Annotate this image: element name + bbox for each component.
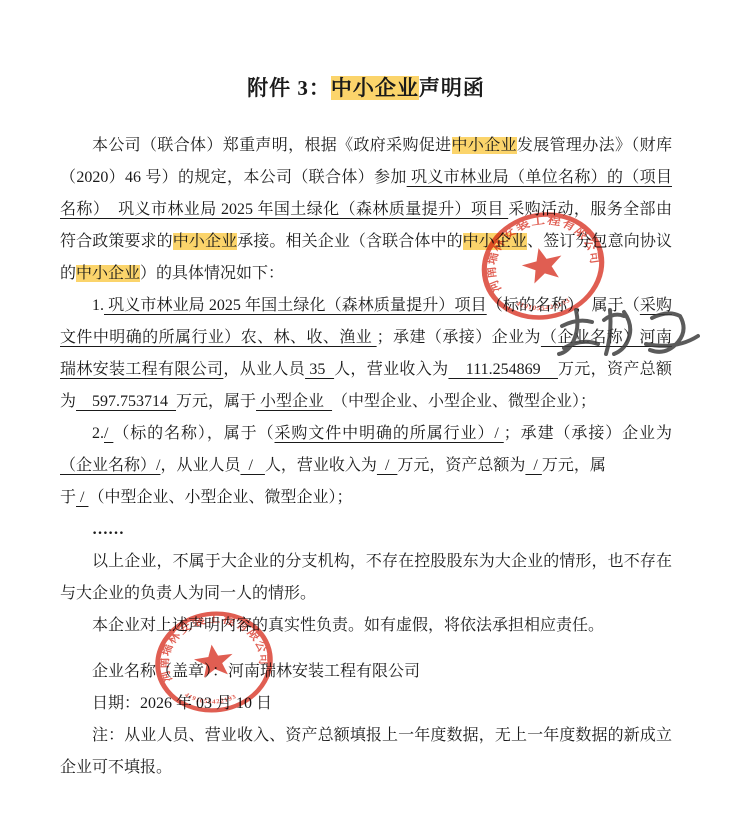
highlighted-text: 中小企业 (76, 265, 140, 282)
text-segment: 声明函 (419, 76, 485, 100)
underlined-fill-in-text: / (525, 457, 541, 474)
text-segment: 本企业对上述声明内容的真实性负责。如有虚假，将依法承担相应责任。 (92, 617, 604, 634)
text-segment: ；承建（承接）企业为 (504, 425, 672, 442)
underlined-fill-in-text: / (377, 457, 397, 474)
underlined-fill-in-text: 597.753714 (76, 393, 176, 410)
para-company-name: 企业名称（盖章）：河南瑞林安装工程有限公司 (60, 656, 672, 688)
highlighted-text: 中小企业 (463, 233, 527, 250)
underlined-fill-in-text: / (76, 489, 88, 506)
declaration-document-page: 附件 3：中小企业声明函 本公司（联合体）郑重声明，根据《政府采购促进中小企业发… (0, 0, 732, 821)
para-responsibility: 本企业对上述声明内容的真实性负责。如有虚假，将依法承担相应责任。 (60, 610, 672, 642)
text-segment: ，从业人员 (160, 457, 240, 474)
para-item-2: 2./ （标的名称），属于（采购文件中明确的所属行业）/ ；承建（承接）企业为（… (60, 418, 672, 482)
text-segment: 以上企业，不属于大企业的分支机构，不存在控股股东为大企业的情形，也不存在与大企业… (60, 553, 672, 602)
document-body: 本公司（联合体）郑重声明，根据《政府采购促进中小企业发展管理办法》（财库（202… (60, 130, 672, 784)
highlighted-text: 中小企业 (331, 76, 419, 100)
text-segment: ）的具体情况如下： (140, 265, 284, 282)
underlined-fill-in-text: 采购文件中明确的所属行业）/ (275, 425, 504, 442)
underlined-fill-in-text: 小型企业 (256, 393, 332, 410)
para-ellipsis: …… (60, 514, 672, 546)
para-no-affiliation: 以上企业，不属于大企业的分支机构，不存在控股股东为大企业的情形，也不存在与大企业… (60, 546, 672, 610)
para-declaration: 本公司（联合体）郑重声明，根据《政府采购促进中小企业发展管理办法》（财库（202… (60, 130, 672, 290)
text-segment: 万元，属于 (176, 393, 256, 410)
text-segment: 日期：2026 年 03 月 10 日 (92, 695, 272, 712)
underlined-fill-in-text: / (104, 425, 113, 442)
text-segment: 企业名称（盖章）：河南瑞林安装工程有限公司 (92, 663, 420, 680)
text-segment: 本公司（联合体）郑重声明，根据《政府采购促进 (92, 137, 452, 154)
text-segment: 人，营业收入为 (265, 457, 377, 474)
underlined-fill-in-text: 35 (305, 361, 334, 378)
para-date: 日期：2026 年 03 月 10 日 (60, 688, 672, 720)
text-segment: ；承建（承接）企业为 (377, 329, 541, 346)
highlighted-text: 中小企业 (452, 137, 517, 154)
text-segment: 1. (92, 297, 104, 314)
text-segment: 附件 3： (247, 76, 331, 100)
text-segment: 2. (92, 425, 104, 442)
text-segment: ，从业人员 (223, 361, 305, 378)
underlined-fill-in-text: 111.254869 (448, 361, 558, 378)
text-segment: …… (92, 521, 124, 538)
text-segment: （标的名称），属于（ (487, 297, 640, 314)
highlighted-text: 中小企业 (173, 233, 237, 250)
underlined-fill-in-text: / (240, 457, 264, 474)
text-segment: 人，营业收入为 (334, 361, 448, 378)
text-segment: 万元，属 (542, 457, 606, 474)
text-segment: 承接。相关企业（含联合体中的 (237, 233, 462, 250)
para-item-2b: 于 / （中型企业、小型企业、微型企业）； (60, 482, 672, 514)
underlined-fill-in-text: 巩义市林业局 2025 年国土绿化（森林质量提升）项目 (104, 297, 487, 314)
text-segment: （标的名称），属于（ (113, 425, 274, 442)
text-segment: （中型企业、小型企业、微型企业）； (332, 393, 596, 410)
text-segment: （中型企业、小型企业、微型企业）； (88, 489, 352, 506)
para-note: 注：从业人员、营业收入、资产总额填报上一年度数据，无上一年度数据的新成立企业可不… (60, 720, 672, 784)
text-segment: 万元，资产总额为 (397, 457, 525, 474)
document-title: 附件 3：中小企业声明函 (60, 71, 672, 105)
text-segment: 于 (60, 489, 76, 506)
text-segment: 注：从业人员、营业收入、资产总额填报上一年度数据，无上一年度数据的新成立企业可不… (60, 727, 672, 776)
para-item-1: 1. 巩义市林业局 2025 年国土绿化（森林质量提升）项目（标的名称），属于（… (60, 290, 672, 418)
underlined-fill-in-text: （企业名称）/ (60, 457, 160, 474)
